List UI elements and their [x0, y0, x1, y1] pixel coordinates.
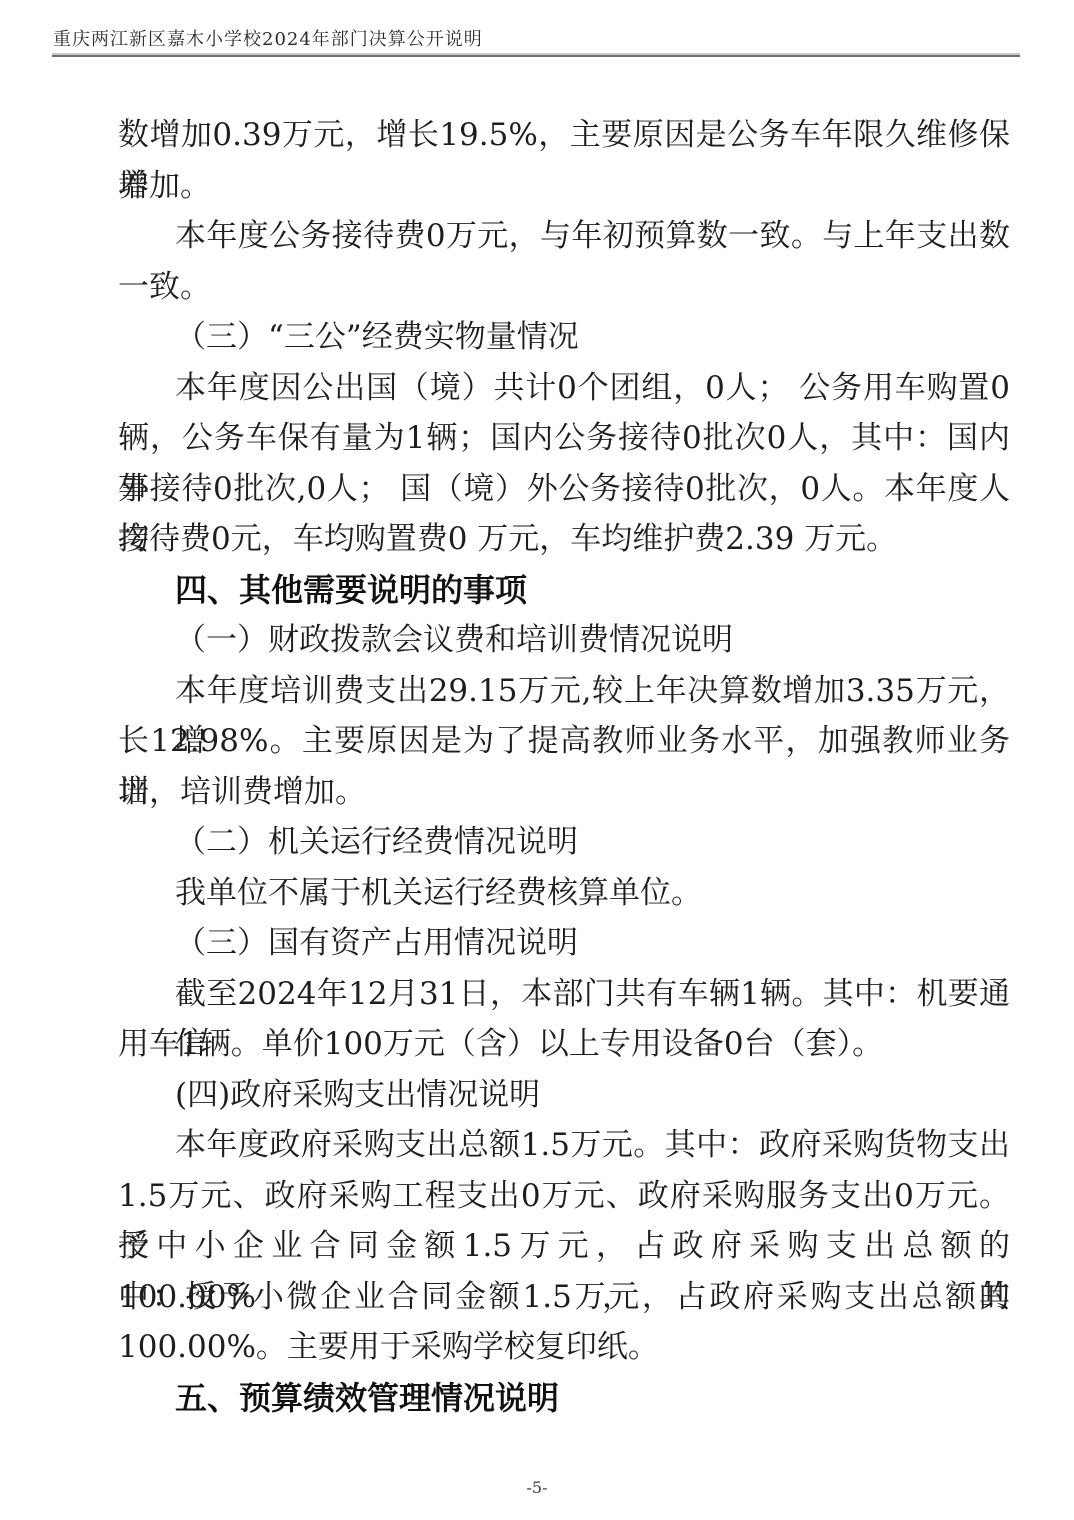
body-line: 本年度公务接待费0万元，与年初预算数一致。与上年支出数 — [118, 211, 1010, 262]
body-line: 中：授予小微企业合同金额1.5万元，占政府采购支出总额的 — [118, 1272, 1010, 1323]
subheading-4-gov-procurement: (四)政府采购支出情况说明 — [118, 1070, 1010, 1121]
body-line: 数增加0.39万元，增长19.5%，主要原因是公务车年限久维修保养 — [118, 110, 1010, 161]
subheading-3-sangong-physical: （三）“三公”经费实物量情况 — [118, 312, 1010, 363]
body-line: 接待费0元，车均购置费0 万元，车均维护费2.39 万元。 — [118, 514, 1010, 565]
section-heading-5: 五、预算绩效管理情况说明 — [118, 1373, 1010, 1424]
body-line: 长12.98%。主要原因是为了提高教师业务水平，加强教师业务培 — [118, 716, 1010, 767]
body-line: 一致。 — [118, 262, 1010, 313]
body-line: 100.00%。主要用于采购学校复印纸。 — [118, 1322, 1010, 1373]
header-rule — [52, 55, 1020, 57]
body-line: 截至2024年12月31日，本部门共有车辆1辆。其中：机要通信 — [118, 969, 1010, 1020]
header-title: 重庆两江新区嘉木小学校2024年部门决算公开说明 — [53, 25, 483, 51]
body-line: 训，培训费增加。 — [118, 767, 1010, 818]
body-line: 事接待0批次,0人； 国（境）外公务接待0批次，0人。本年度人均 — [118, 464, 1010, 515]
section-heading-4: 四、其他需要说明的事项 — [118, 565, 1010, 616]
body-line: 辆，公务车保有量为1辆；国内公务接待0批次0人，其中：国内外 — [118, 413, 1010, 464]
body-line: 我单位不属于机关运行经费核算单位。 — [118, 868, 1010, 919]
body-line: 增加。 — [118, 161, 1010, 212]
subheading-3-state-assets: （三）国有资产占用情况说明 — [118, 918, 1010, 969]
body-line: 予中小企业合同金额1.5万元，占政府采购支出总额的100.00%，其 — [118, 1221, 1010, 1272]
body-line: 1.5万元、政府采购工程支出0万元、政府采购服务支出0万元。授 — [118, 1171, 1010, 1222]
body-line: 本年度政府采购支出总额1.5万元。其中：政府采购货物支出 — [118, 1120, 1010, 1171]
subheading-1-meeting-training: （一）财政拨款会议费和培训费情况说明 — [118, 615, 1010, 666]
body-line: 本年度因公出国（境）共计0个团组，0人； 公务用车购置0 — [118, 363, 1010, 414]
body-line: 用车1辆。单价100万元（含）以上专用设备0台（套）。 — [118, 1019, 1010, 1070]
page-number: -5- — [0, 1478, 1074, 1497]
body-line: 本年度培训费支出29.15万元,较上年决算数增加3.35万元，增 — [118, 666, 1010, 717]
document-body: 数增加0.39万元，增长19.5%，主要原因是公务车年限久维修保养 增加。 本年… — [118, 110, 1010, 1423]
subheading-2-agency-operation: （二）机关运行经费情况说明 — [118, 817, 1010, 868]
